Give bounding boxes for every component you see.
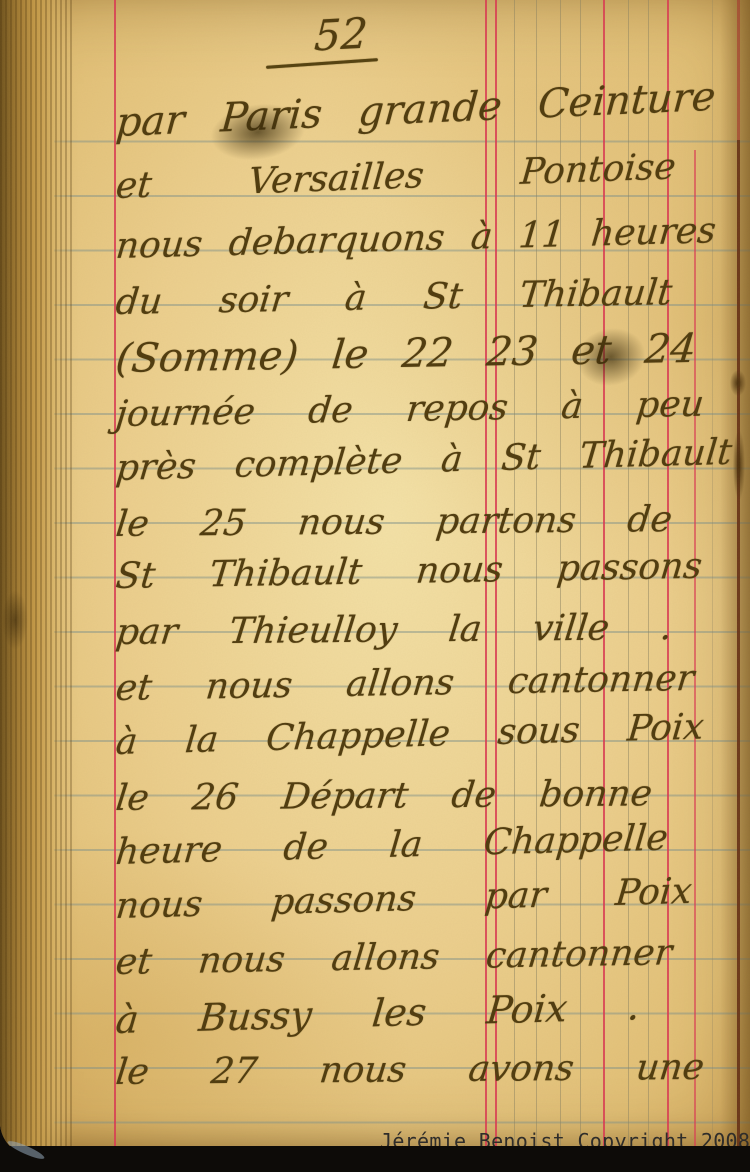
column-line: [712, 0, 713, 1156]
notebook-page: 52 par Paris grande Ceinture et Versaill…: [0, 0, 750, 1156]
scan-background-band: [0, 1146, 750, 1172]
edge-smudge: [2, 590, 28, 650]
page-number: 52: [295, 8, 387, 62]
manuscript-line: le 27 nous avons une: [114, 1047, 707, 1093]
book-page-edges: [0, 0, 74, 1156]
manuscript-line: par Thieulloy la ville .: [114, 607, 675, 653]
manuscript-line: le 26 Départ de bonne: [114, 773, 655, 819]
red-column-line: [694, 150, 696, 1156]
page-edge-shadow: [720, 0, 750, 1156]
scanned-notebook-photo: 52 par Paris grande Ceinture et Versaill…: [0, 0, 750, 1172]
manuscript-line: le 25 nous partons de: [114, 499, 675, 545]
